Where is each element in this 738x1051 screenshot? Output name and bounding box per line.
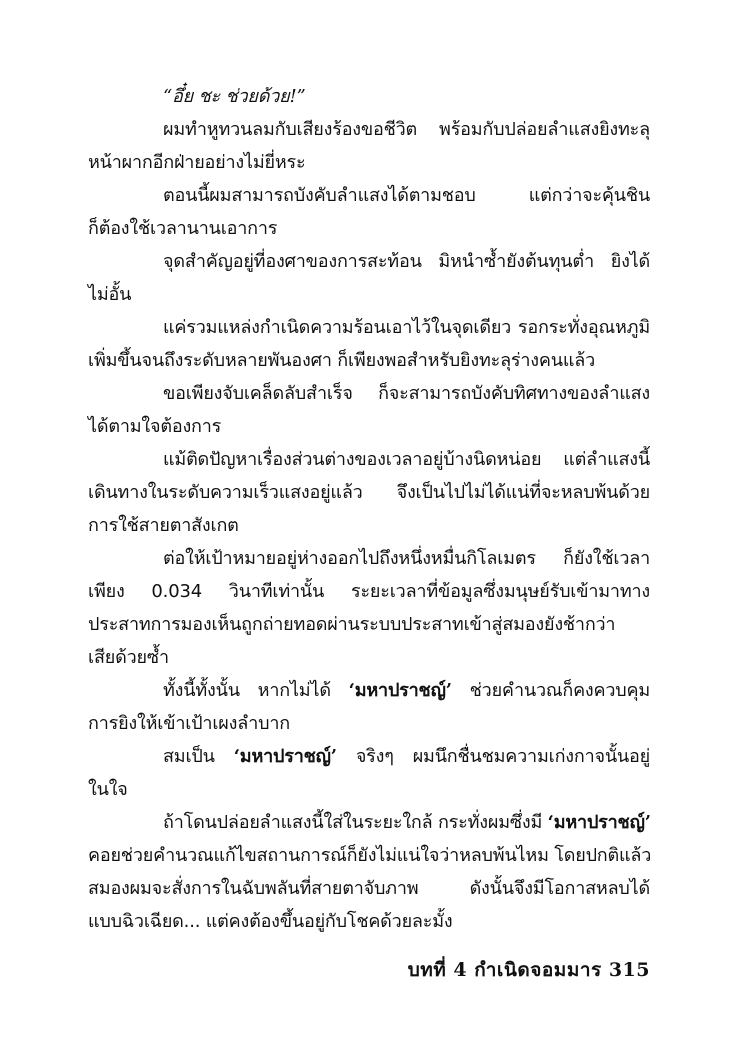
- text-segment: ทั้งนี้ทั้งนั้น หากไม่ได้: [163, 680, 349, 701]
- paragraph-line: ผมทำหูทวนลมกับเสียงร้องขอชีวิต พร้อมกับป…: [163, 113, 650, 146]
- paragraph-line: ก็ต้องใช้เวลานานเอาการ: [88, 212, 277, 245]
- dialogue-line: “อึ๋ย ชะ ช่วยด้วย!”: [163, 80, 306, 113]
- paragraph-line: เพิ่มขึ้นจนถึงระดับหลายพันองศา ก็เพียงพอ…: [88, 344, 595, 377]
- paragraph-line: คอยช่วยคำนวณแก้ไขสถานการณ์ก็ยังไม่แน่ใจว…: [88, 839, 650, 872]
- paragraph-line: ได้ตามใจต้องการ: [88, 410, 221, 443]
- paragraph-line: ประสาทการมองเห็นถูกถ่ายทอดผ่านระบบประสาท…: [88, 608, 650, 641]
- page-footer: บทที่ 4 กำเนิดจอมมาร 315: [400, 955, 650, 985]
- text-segment: คอยช่วยคำนวณแก้ไขสถานการณ์ก็ยังไม่แน่ใจว…: [88, 845, 651, 866]
- running-footer-text: บทที่ 4 กำเนิดจอมมาร 315: [408, 959, 650, 981]
- term-mahapraat: ‘มหาปราชญ์’: [548, 812, 651, 833]
- paragraph-line: ถ้าโดนปล่อยลำแสงนี้ใส่ในระยะใกล้ กระทั่ง…: [163, 806, 650, 839]
- text-segment: แบบฉิวเฉียด... แต่คงต้องขึ้นอยู่กับโชคด้…: [88, 911, 452, 932]
- term-mahapraat: ‘มหาปราชญ์’: [349, 680, 452, 701]
- paragraph-line: เสียด้วยซ้ำ: [88, 641, 169, 674]
- paragraph-line: ตอนนี้ผมสามารถบังคับลำแสงได้ตามชอบ แต่กว…: [163, 179, 650, 212]
- text-segment: ถ้าโดนปล่อยลำแสงนี้ใส่ในระยะใกล้ กระทั่ง…: [163, 812, 548, 833]
- paragraph-line: การยิงให้เข้าเป้าเผงลำบาก: [88, 707, 290, 740]
- paragraph-line: เดินทางในระดับความเร็วแสงอยู่แล้ว จึงเป็…: [88, 476, 650, 509]
- paragraph-line: ในใจ: [88, 773, 128, 806]
- paragraph-line: ต่อให้เป้าหมายอยู่ห่างออกไปถึงหนึ่งหมื่น…: [163, 542, 650, 575]
- text-segment: การยิงให้เข้าเป้าเผงลำบาก: [88, 713, 290, 734]
- text-segment: จริงๆ ผมนึกชื่นชมความเก่งกาจนั้นอยู่: [337, 746, 650, 767]
- paragraph-line: เพียง 0.034 วินาทีเท่านั้น ระยะเวลาที่ข้…: [88, 575, 650, 608]
- paragraph-line: สมเป็น ‘มหาปราชญ์’ จริงๆ ผมนึกชื่นชมความ…: [163, 740, 650, 773]
- paragraph-line: แค่รวมแหล่งกำเนิดความร้อนเอาไว้ในจุดเดีย…: [163, 311, 650, 344]
- text-segment: สมองผมจะสั่งการในฉับพลันที่สายตาจับภาพ ด…: [88, 878, 650, 899]
- text-segment: ช่วยคำนวณก็คงควบคุม: [452, 680, 650, 701]
- paragraph-line: การใช้สายตาสังเกต: [88, 509, 239, 542]
- paragraph-line: แม้ติดปัญหาเรื่องส่วนต่างของเวลาอยู่บ้าง…: [163, 443, 650, 476]
- paragraph-line: ขอเพียงจับเคล็ดลับสำเร็จ ก็จะสามารถบังคั…: [163, 377, 650, 410]
- paragraph-line: จุดสำคัญอยู่ที่องศาของการสะท้อน มิหนำซ้ำ…: [163, 245, 650, 278]
- paragraph-line: สมองผมจะสั่งการในฉับพลันที่สายตาจับภาพ ด…: [88, 872, 650, 905]
- text-segment: สมเป็น: [163, 746, 234, 767]
- text-segment: ในใจ: [88, 779, 128, 800]
- paragraph-line: ทั้งนี้ทั้งนั้น หากไม่ได้ ‘มหาปราชญ์’ ช่…: [163, 674, 650, 707]
- book-page: “อึ๋ย ชะ ช่วยด้วย!” ผมทำหูทวนลมกับเสียงร…: [0, 0, 738, 1051]
- term-mahapraat: ‘มหาปราชญ์’: [234, 746, 337, 767]
- paragraph-line: แบบฉิวเฉียด... แต่คงต้องขึ้นอยู่กับโชคด้…: [88, 905, 452, 938]
- paragraph-line: ไม่อั้น: [88, 278, 131, 311]
- paragraph-line: หน้าผากอีกฝ่ายอย่างไม่ยี่หระ: [88, 146, 305, 179]
